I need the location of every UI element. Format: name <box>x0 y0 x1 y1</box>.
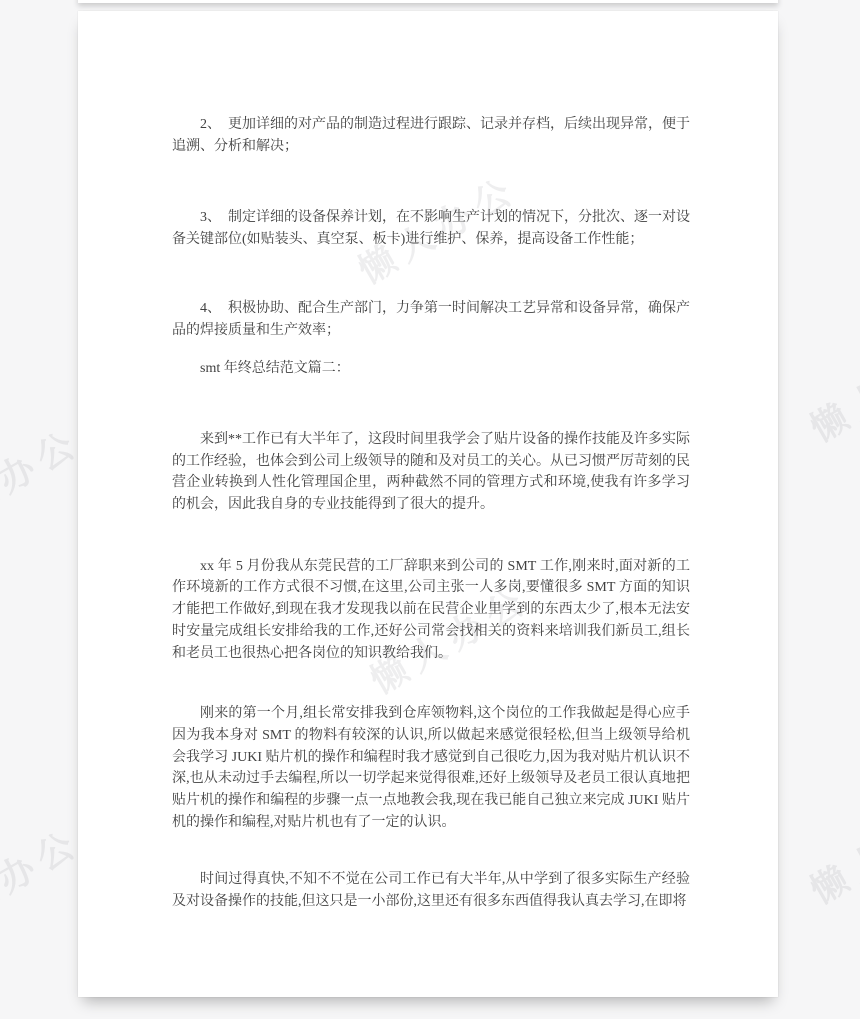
document-viewer-canvas: 2、 更加详细的对产品的制造过程进行跟踪、记录并存档，后续出现异常，便于追溯、分… <box>0 0 860 1019</box>
section-heading: smt 年终总结范文篇二： <box>172 358 690 380</box>
numbered-paragraph-3: 3、 制定详细的设备保养计划，在不影响生产计划的情况下，分批次、逐一对设备关键部… <box>172 207 690 250</box>
numbered-paragraph-2: 2、 更加详细的对产品的制造过程进行跟踪、记录并存档，后续出现异常，便于追溯、分… <box>172 114 690 157</box>
watermark-text: 懒人办公 <box>800 782 860 914</box>
body-paragraph: 来到**工作已有大半年了，这段时间里我学会了贴片设备的操作技能及许多实际的工作经… <box>172 429 690 516</box>
watermark-text: 懒人办公 <box>0 815 89 947</box>
page-content: 2、 更加详细的对产品的制造过程进行跟踪、记录并存档，后续出现异常，便于追溯、分… <box>78 11 778 997</box>
body-paragraph: 时间过得真快,不知不不觉在公司工作已有大半年,从中学到了很多实际生产经验及对设备… <box>172 869 690 912</box>
watermark-text: 懒人办公 <box>0 415 89 547</box>
body-paragraph: xx 年 5 月份我从东莞民营的工厂辞职来到公司的 SMT 工作,刚来时,面对新… <box>172 556 690 665</box>
body-paragraph: 刚来的第一个月,组长常安排我到仓库领物料,这个岗位的工作我做起是得心应手因为我本… <box>172 703 690 833</box>
document-page: 2、 更加详细的对产品的制造过程进行跟踪、记录并存档，后续出现异常，便于追溯、分… <box>78 11 778 997</box>
numbered-paragraph-4: 4、 积极协助、配合生产部门，力争第一时间解决工艺异常和设备异常，确保产品的焊接… <box>172 298 690 341</box>
previous-page-edge <box>78 0 778 3</box>
watermark-text: 懒人办公 <box>800 320 860 452</box>
